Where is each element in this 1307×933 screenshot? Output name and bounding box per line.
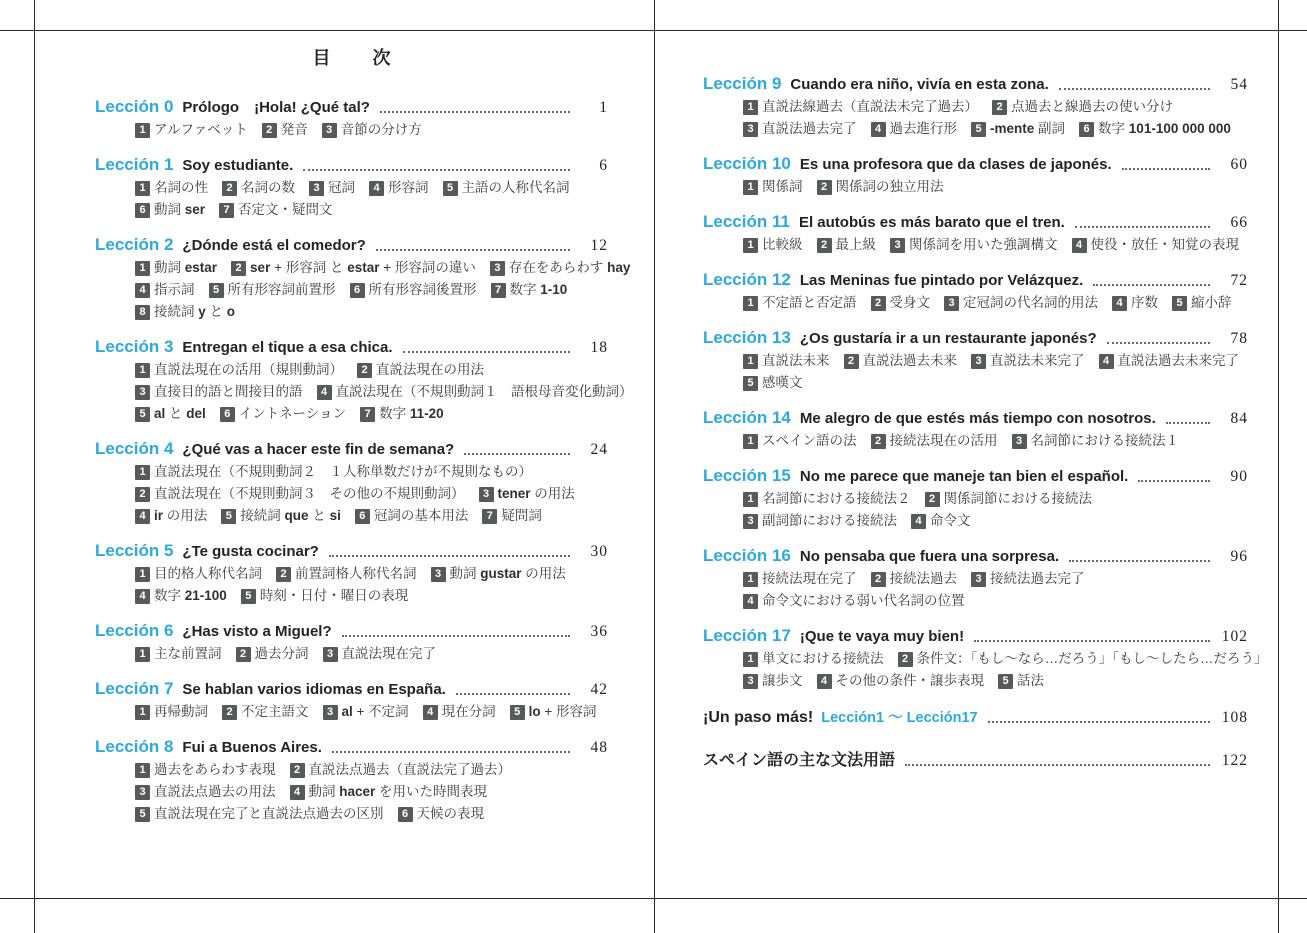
item-number-badge: 1 xyxy=(135,123,150,138)
dotted-leader xyxy=(303,169,570,171)
grammar-item-label: 関係詞 xyxy=(762,179,803,194)
grammar-item-line: 2直説法現在（不規則動詞３ その他の不規則動詞）3tener の用法 xyxy=(95,485,608,503)
grammar-item-label: 譲歩文 xyxy=(762,673,803,688)
item-number-badge: 4 xyxy=(317,385,332,400)
grammar-item-label: 直説法過去未来完了 xyxy=(1118,353,1240,368)
grammar-item-line: 1単文における接続法2条件文：「もし〜なら…だろう」「もし〜したら…だろう」 xyxy=(703,650,1248,668)
grammar-item-line: 1直説法線過去（直説法未完了過去）2点過去と線過去の使い分け xyxy=(703,98,1248,116)
page-number: 42 xyxy=(578,681,608,699)
item-number-badge: 1 xyxy=(743,354,758,369)
item-number-badge: 4 xyxy=(135,589,150,604)
grammar-item: 3直接目的語と間接目的語 xyxy=(135,384,303,399)
toc-entry: Lección 17¡Que te vaya muy bien!1021単文にお… xyxy=(703,626,1248,690)
grammar-item-label: 不定語と否定語 xyxy=(762,295,857,310)
item-number-badge: 5 xyxy=(1172,296,1187,311)
grammar-item: 5接続詞 que と si xyxy=(221,508,341,523)
toc-entry-heading: Lección 13¿Os gustaría ir a un restauran… xyxy=(703,328,1248,348)
grammar-item-label: 天候の表現 xyxy=(417,806,485,821)
grammar-item: 1直説法現在の活用（規則動詞） xyxy=(135,362,343,377)
page-number: 72 xyxy=(1218,272,1248,290)
grammar-item: 5主語の人称代名詞 xyxy=(443,180,570,195)
spine-fold-line xyxy=(654,0,655,933)
left-page: 目 次 Lección 0Prólogo ¡Hola! ¿Qué tal?11ア… xyxy=(95,40,608,839)
grammar-item: 4その他の条件・譲歩表現 xyxy=(817,673,985,688)
item-number-badge: 1 xyxy=(743,180,758,195)
grammar-item-line: 1動詞 estar2ser + 形容詞 と estar + 形容詞の違い3存在を… xyxy=(95,259,608,277)
grammar-item: 6所有形容詞後置形 xyxy=(350,282,477,297)
lesson-label: Lección 15 xyxy=(703,466,791,486)
grammar-item-label: 名詞節における接続法１ xyxy=(1031,433,1180,448)
lesson-label: Lección 7 xyxy=(95,679,173,699)
grammar-item: 2直説法点過去（直説法完了過去） xyxy=(290,762,512,777)
grammar-item-label: 接続法現在完了 xyxy=(762,571,857,586)
grammar-item-label: 直説法点過去（直説法完了過去） xyxy=(309,762,512,777)
grammar-item-label: 話法 xyxy=(1017,673,1044,688)
grammar-item-label: 最上級 xyxy=(836,237,877,252)
item-number-badge: 1 xyxy=(743,492,758,507)
grammar-item-line: 1目的格人称代名詞2前置詞格人称代名詞3動詞 gustar の用法 xyxy=(95,565,608,583)
grammar-item-label: 過去分詞 xyxy=(255,646,309,661)
grammar-item-label: 関係詞の独立用法 xyxy=(836,179,944,194)
toc-entry-heading: Lección 6¿Has visto a Miguel?36 xyxy=(95,621,608,641)
page-number: 108 xyxy=(1218,709,1248,727)
grammar-item-label: tener の用法 xyxy=(498,486,575,501)
toc-entry: Lección 15No me parece que maneje tan bi… xyxy=(703,466,1248,530)
grammar-item: 3tener の用法 xyxy=(479,486,575,501)
item-number-badge: 6 xyxy=(135,203,150,218)
lesson-label: Lección 14 xyxy=(703,408,791,428)
lesson-title: ¿Os gustaría ir a un restaurante japonés… xyxy=(800,330,1097,347)
grammar-item-line: 1関係詞2関係詞の独立用法 xyxy=(703,178,1248,196)
grammar-item: 5al と del xyxy=(135,406,206,421)
lesson-title: Las Meninas fue pintado por Velázquez. xyxy=(800,272,1083,289)
grammar-item-label: 冠詞 xyxy=(328,180,355,195)
item-number-badge: 1 xyxy=(135,465,150,480)
grammar-item: 8接続詞 y と o xyxy=(135,304,235,319)
grammar-item: 3名詞節における接続法１ xyxy=(1012,433,1180,448)
toc-entry: Lección 14Me alegro de que estés más tie… xyxy=(703,408,1248,450)
grammar-item-label: 縮小辞 xyxy=(1191,295,1232,310)
grammar-item: 1名詞節における接続法２ xyxy=(743,491,911,506)
grammar-item-label: 接続詞 y と o xyxy=(154,304,235,319)
page-number: 18 xyxy=(578,339,608,357)
grammar-item-label: 名詞節における接続法２ xyxy=(762,491,911,506)
grammar-item: 1再帰動詞 xyxy=(135,704,208,719)
toc-entry-heading: Lección 17¡Que te vaya muy bien!102 xyxy=(703,626,1248,646)
grammar-item-label: 指示詞 xyxy=(154,282,195,297)
grammar-item-label: 単文における接続法 xyxy=(762,651,884,666)
grammar-item-label: 使役・放任・知覚の表現 xyxy=(1091,237,1240,252)
toc-entry: Lección 6¿Has visto a Miguel?361主な前置詞2過去… xyxy=(95,621,608,663)
grammar-item: 2直説法過去未来 xyxy=(844,353,958,368)
page-number: 24 xyxy=(578,441,608,459)
page-number: 12 xyxy=(578,237,608,255)
toc-entry: Lección 3Entregan el tique a esa chica.1… xyxy=(95,337,608,423)
grammar-item: 5lo + 形容詞 xyxy=(510,704,597,719)
grammar-item-label: 発音 xyxy=(281,122,308,137)
toc-entry: Lección 5¿Te gusta cocinar?301目的格人称代名詞2前… xyxy=(95,541,608,605)
page-number: 1 xyxy=(578,99,608,117)
lesson-title: Es una profesora que da clases de japoné… xyxy=(800,156,1112,173)
item-number-badge: 2 xyxy=(925,492,940,507)
grammar-item: 3接続法過去完了 xyxy=(971,571,1085,586)
dotted-leader xyxy=(1122,168,1210,170)
grammar-item-label: 直説法現在（不規則動詞２ １人称単数だけが不規則なもの） xyxy=(154,464,532,479)
grammar-item-label: 副詞節における接続法 xyxy=(762,513,897,528)
dotted-leader xyxy=(342,635,570,637)
grammar-item-label: 直説法点過去の用法 xyxy=(154,784,276,799)
grammar-item-line: 3直説法過去完了4過去進行形5-mente 副詞6数字 101-100 000 … xyxy=(703,120,1248,138)
lesson-title: Fui a Buenos Aires. xyxy=(182,739,321,756)
grammar-item-label: 直説法現在（不規則動詞１ 語根母音変化動詞） xyxy=(336,384,633,399)
grammar-item-label: 動詞 hacer を用いた時間表現 xyxy=(309,784,488,799)
item-number-badge: 5 xyxy=(241,589,256,604)
grammar-item: 5感嘆文 xyxy=(743,375,803,390)
grammar-item-line: 1接続法現在完了2接続法過去3接続法過去完了 xyxy=(703,570,1248,588)
item-number-badge: 7 xyxy=(219,203,234,218)
grammar-item: 4過去進行形 xyxy=(871,121,958,136)
item-number-badge: 5 xyxy=(209,283,224,298)
dotted-leader xyxy=(988,721,1210,723)
grammar-item-label: 動詞 ser xyxy=(154,202,205,217)
grammar-item-label: 数字 11-20 xyxy=(379,406,444,421)
lesson-label: Lección 12 xyxy=(703,270,791,290)
grammar-item-label: ser + 形容詞 と estar + 形容詞の違い xyxy=(250,260,476,275)
grammar-item-label: 定冠詞の代名詞的用法 xyxy=(963,295,1098,310)
grammar-item-label: 冠詞の基本用法 xyxy=(374,508,469,523)
item-number-badge: 2 xyxy=(817,238,832,253)
item-number-badge: 4 xyxy=(743,594,758,609)
item-number-badge: 1 xyxy=(135,763,150,778)
grammar-item-line: 6動詞 ser7否定文・疑問文 xyxy=(95,201,608,219)
toc-entry: Lección 16No pensaba que fuera una sorpr… xyxy=(703,546,1248,610)
grammar-item-label: al + 不定詞 xyxy=(342,704,409,719)
lesson-title: ¿Dónde está el comedor? xyxy=(182,237,365,254)
grammar-item-label: 直説法過去未来 xyxy=(863,353,958,368)
grammar-item-line: 1主な前置詞2過去分詞3直説法現在完了 xyxy=(95,645,608,663)
grammar-item-line: 1名詞の性2名詞の数3冠詞4形容詞5主語の人称代名詞 xyxy=(95,179,608,197)
grammar-item: 1直説法線過去（直説法未完了過去） xyxy=(743,99,978,114)
grammar-item-label: 形容詞 xyxy=(388,180,429,195)
grammar-item-label: 直接目的語と間接目的語 xyxy=(154,384,303,399)
extra-entries: ¡Un paso más!Lección1 〜 Lección17108スペイン… xyxy=(703,706,1248,770)
item-number-badge: 1 xyxy=(743,434,758,449)
item-number-badge: 7 xyxy=(491,283,506,298)
item-number-badge: 4 xyxy=(423,705,438,720)
toc-entry-heading: スペイン語の主な文法用語122 xyxy=(703,747,1248,770)
toc-entry-heading: Lección 10Es una profesora que da clases… xyxy=(703,154,1248,174)
grammar-item-label: 接続詞 que と si xyxy=(240,508,341,523)
grammar-item-label: 直説法現在の活用（規則動詞） xyxy=(154,362,343,377)
lesson-label: Lección 11 xyxy=(703,212,790,232)
grammar-item-label: イントネーション xyxy=(239,406,346,421)
grammar-item-label: 直説法現在完了と直説法点過去の区別 xyxy=(154,806,384,821)
grammar-item-line: 5al と del6イントネーション7数字 11-20 xyxy=(95,405,608,423)
grammar-item: 2最上級 xyxy=(817,237,877,252)
item-number-badge: 3 xyxy=(309,181,324,196)
lesson-label: Lección 6 xyxy=(95,621,173,641)
grammar-item: 3存在をあらわす hay xyxy=(490,260,631,275)
item-number-badge: 3 xyxy=(890,238,905,253)
item-number-badge: 2 xyxy=(231,261,246,276)
grammar-item-label: スペイン語の法 xyxy=(762,433,857,448)
grammar-item: 3関係詞を用いた強調構文 xyxy=(890,237,1058,252)
grammar-item: 1単文における接続法 xyxy=(743,651,884,666)
dotted-leader xyxy=(1138,480,1210,482)
grammar-item-label: 不定主語文 xyxy=(241,704,309,719)
lesson-title: Soy estudiante. xyxy=(182,157,293,174)
page-number: 48 xyxy=(578,739,608,757)
grammar-item: 4現在分詞 xyxy=(423,704,496,719)
item-number-badge: 3 xyxy=(490,261,505,276)
toc-entry-heading: Lección 14Me alegro de que estés más tie… xyxy=(703,408,1248,428)
grammar-item: 7数字 1-10 xyxy=(491,282,568,297)
toc-entry-heading: Lección 11El autobús es más barato que e… xyxy=(703,212,1248,232)
grammar-item-line: 4数字 21-1005時刻・日付・曜日の表現 xyxy=(95,587,608,605)
lesson-title: ¡Que te vaya muy bien! xyxy=(800,628,964,645)
item-number-badge: 6 xyxy=(398,807,413,822)
grammar-item: 1直説法未来 xyxy=(743,353,830,368)
dotted-leader xyxy=(376,249,570,251)
grammar-item: 1接続法現在完了 xyxy=(743,571,857,586)
item-number-badge: 4 xyxy=(871,122,886,137)
dotted-leader xyxy=(332,751,570,753)
grammar-item: 4指示詞 xyxy=(135,282,195,297)
grammar-item-label: 直説法現在の用法 xyxy=(376,362,484,377)
grammar-item-line: 1直説法現在（不規則動詞２ １人称単数だけが不規則なもの） xyxy=(95,463,608,481)
dotted-leader xyxy=(1107,342,1210,344)
grammar-item-label: -mente 副詞 xyxy=(990,121,1065,136)
item-number-badge: 3 xyxy=(322,123,337,138)
grammar-item-label: 点過去と線過去の使い分け xyxy=(1011,99,1173,114)
grammar-item-line: 5感嘆文 xyxy=(703,374,1248,392)
grammar-item: 2点過去と線過去の使い分け xyxy=(992,99,1173,114)
grammar-item-label: 再帰動詞 xyxy=(154,704,208,719)
grammar-item-label: 疑問詞 xyxy=(501,508,542,523)
grammar-item-label: 直説法過去完了 xyxy=(762,121,857,136)
grammar-item: 3直説法点過去の用法 xyxy=(135,784,276,799)
toc-entry-heading: Lección 0Prólogo ¡Hola! ¿Qué tal?1 xyxy=(95,96,608,117)
grammar-item: 2ser + 形容詞 と estar + 形容詞の違い xyxy=(231,260,476,275)
item-number-badge: 1 xyxy=(135,261,150,276)
item-number-badge: 3 xyxy=(431,567,446,582)
lesson-label: Lección 17 xyxy=(703,626,791,646)
grammar-item: 1直説法現在（不規則動詞２ １人称単数だけが不規則なもの） xyxy=(135,464,532,479)
grammar-item-label: 過去進行形 xyxy=(890,121,958,136)
grammar-item-label: 数字 21-100 xyxy=(154,588,227,603)
lesson-title: El autobús es más barato que el tren. xyxy=(799,214,1065,231)
grammar-item-label: 直説法線過去（直説法未完了過去） xyxy=(762,99,978,114)
grammar-item: 4動詞 hacer を用いた時間表現 xyxy=(290,784,488,799)
item-number-badge: 7 xyxy=(360,407,375,422)
grammar-item-line: 3副詞節における接続法4命令文 xyxy=(703,512,1248,530)
grammar-item-label: 動詞 estar xyxy=(154,260,217,275)
grammar-item: 2直説法現在の用法 xyxy=(357,362,484,377)
grammar-item-line: 1再帰動詞2不定主語文3al + 不定詞4現在分詞5lo + 形容詞 xyxy=(95,703,608,721)
right-trim-line xyxy=(1278,0,1279,933)
grammar-item-label: 関係詞節における接続法 xyxy=(944,491,1093,506)
grammar-item: 3直説法過去完了 xyxy=(743,121,857,136)
grammar-item-line: 8接続詞 y と o xyxy=(95,303,608,321)
grammar-item-line: 3直接目的語と間接目的語4直説法現在（不規則動詞１ 語根母音変化動詞） xyxy=(95,383,608,401)
grammar-item-label: 直説法未来 xyxy=(762,353,830,368)
grammar-item: 7数字 11-20 xyxy=(360,406,444,421)
grammar-item-label: 前置詞格人称代名詞 xyxy=(295,566,417,581)
grammar-item: 6冠詞の基本用法 xyxy=(355,508,469,523)
grammar-item: 4ir の用法 xyxy=(135,508,207,523)
grammar-item: 4命令文 xyxy=(911,513,971,528)
grammar-item: 2関係詞の独立用法 xyxy=(817,179,944,194)
item-number-badge: 6 xyxy=(1079,122,1094,137)
grammar-item-line: 1直説法未来2直説法過去未来3直説法未来完了4直説法過去未来完了 xyxy=(703,352,1248,370)
grammar-item-label: 感嘆文 xyxy=(762,375,803,390)
grammar-item-label: 名詞の性 xyxy=(154,180,208,195)
lesson-label: Lección 0 xyxy=(95,97,173,117)
grammar-item: 2直説法現在（不規則動詞３ その他の不規則動詞） xyxy=(135,486,465,501)
item-number-badge: 6 xyxy=(350,283,365,298)
item-number-badge: 5 xyxy=(443,181,458,196)
toc-entry-heading: Lección 2¿Dónde está el comedor?12 xyxy=(95,235,608,255)
lesson-title: ¿Qué vas a hacer este fin de semana? xyxy=(182,441,454,458)
grammar-item-label: 目的格人称代名詞 xyxy=(154,566,262,581)
item-number-badge: 2 xyxy=(222,705,237,720)
book-spread: 目 次 Lección 0Prólogo ¡Hola! ¿Qué tal?11ア… xyxy=(0,0,1307,933)
grammar-item: 3音節の分け方 xyxy=(322,122,422,137)
toc-entry: Lección 2¿Dónde está el comedor?121動詞 es… xyxy=(95,235,608,321)
item-number-badge: 7 xyxy=(482,509,497,524)
grammar-item-label: 命令文における弱い代名詞の位置 xyxy=(762,593,965,608)
dotted-leader xyxy=(380,111,570,113)
grammar-item: 2過去分詞 xyxy=(236,646,309,661)
grammar-item-label: 接続法現在の活用 xyxy=(890,433,998,448)
grammar-item-label: al と del xyxy=(154,406,206,421)
grammar-item: 1スペイン語の法 xyxy=(743,433,857,448)
item-number-badge: 3 xyxy=(479,487,494,502)
grammar-item-label: 時刻・日付・曜日の表現 xyxy=(260,588,409,603)
grammar-item-label: 序数 xyxy=(1131,295,1158,310)
item-number-badge: 2 xyxy=(135,487,150,502)
lesson-title: No me parece que maneje tan bien el espa… xyxy=(800,468,1128,485)
dotted-leader xyxy=(1075,226,1210,228)
item-number-badge: 4 xyxy=(1099,354,1114,369)
lesson-label: Lección 4 xyxy=(95,439,173,459)
lesson-title: Entregan el tique a esa chica. xyxy=(182,339,392,356)
item-number-badge: 2 xyxy=(276,567,291,582)
grammar-item: 1目的格人称代名詞 xyxy=(135,566,262,581)
grammar-item: 5話法 xyxy=(998,673,1044,688)
grammar-item-label: ir の用法 xyxy=(154,508,207,523)
dotted-leader xyxy=(905,764,1210,766)
grammar-item-label: 数字 1-10 xyxy=(510,282,568,297)
grammar-item: 6天候の表現 xyxy=(398,806,485,821)
item-number-badge: 3 xyxy=(323,647,338,662)
grammar-item-line: 1名詞節における接続法２2関係詞節における接続法 xyxy=(703,490,1248,508)
grammar-item: 1名詞の性 xyxy=(135,180,208,195)
dotted-leader xyxy=(456,693,570,695)
item-number-badge: 3 xyxy=(971,354,986,369)
toc-entry-heading: Lección 3Entregan el tique a esa chica.1… xyxy=(95,337,608,357)
toc-extra-entry: ¡Un paso más!Lección1 〜 Lección17108 xyxy=(703,706,1248,727)
item-number-badge: 3 xyxy=(1012,434,1027,449)
left-lessons: Lección 0Prólogo ¡Hola! ¿Qué tal?11アルファベ… xyxy=(95,96,608,823)
grammar-item: 5所有形容詞前置形 xyxy=(209,282,336,297)
grammar-item-label: 直説法現在完了 xyxy=(342,646,437,661)
lesson-label: ¡Un paso más! xyxy=(703,709,813,727)
dotted-leader xyxy=(1059,88,1210,90)
grammar-item: 6数字 101-100 000 000 xyxy=(1079,121,1231,136)
grammar-item-line: 1直説法現在の活用（規則動詞）2直説法現在の用法 xyxy=(95,361,608,379)
item-number-badge: 1 xyxy=(135,705,150,720)
grammar-item-line: 4ir の用法5接続詞 que と si6冠詞の基本用法7疑問詞 xyxy=(95,507,608,525)
toc-entry: Lección 9Cuando era niño, vivía en esta … xyxy=(703,74,1248,138)
grammar-item: 1関係詞 xyxy=(743,179,803,194)
grammar-item-label: 現在分詞 xyxy=(442,704,496,719)
lesson-label: Lección 13 xyxy=(703,328,791,348)
grammar-item: 6動詞 ser xyxy=(135,202,205,217)
grammar-item: 5時刻・日付・曜日の表現 xyxy=(241,588,409,603)
lesson-label: Lección 9 xyxy=(703,74,781,94)
item-number-badge: 5 xyxy=(135,407,150,422)
right-page: Lección 9Cuando era niño, vivía en esta … xyxy=(703,40,1248,790)
grammar-item: 4直説法現在（不規則動詞１ 語根母音変化動詞） xyxy=(317,384,633,399)
grammar-item-label: 音節の分け方 xyxy=(341,122,422,137)
grammar-item: 3副詞節における接続法 xyxy=(743,513,897,528)
lesson-range-label: Lección1 〜 Lección17 xyxy=(821,706,977,727)
right-lessons: Lección 9Cuando era niño, vivía en esta … xyxy=(703,74,1248,690)
grammar-item: 1過去をあらわす表現 xyxy=(135,762,276,777)
toc-entry: Lección 4¿Qué vas a hacer este fin de se… xyxy=(95,439,608,525)
item-number-badge: 2 xyxy=(871,572,886,587)
lesson-label: Lección 5 xyxy=(95,541,173,561)
item-number-badge: 2 xyxy=(357,363,372,378)
dotted-leader xyxy=(403,351,570,353)
item-number-badge: 6 xyxy=(355,509,370,524)
grammar-item-label: 関係詞を用いた強調構文 xyxy=(909,237,1058,252)
item-number-badge: 3 xyxy=(743,514,758,529)
grammar-item-label: 条件文：「もし〜なら…だろう」「もし〜したら…だろう」 xyxy=(917,651,1268,666)
page-number: 78 xyxy=(1218,330,1248,348)
toc-entry-heading: Lección 9Cuando era niño, vivía en esta … xyxy=(703,74,1248,94)
grammar-item: 2不定主語文 xyxy=(222,704,309,719)
left-trim-line xyxy=(34,0,35,933)
grammar-item: 3直説法未来完了 xyxy=(971,353,1085,368)
grammar-item-label: 主語の人称代名詞 xyxy=(462,180,570,195)
grammar-item: 1動詞 estar xyxy=(135,260,217,275)
item-number-badge: 2 xyxy=(992,100,1007,115)
item-number-badge: 4 xyxy=(135,509,150,524)
item-number-badge: 2 xyxy=(844,354,859,369)
grammar-item: 3譲歩文 xyxy=(743,673,803,688)
lesson-title: Prólogo ¡Hola! ¿Qué tal? xyxy=(182,96,370,117)
grammar-item-line: 5直説法現在完了と直説法点過去の区別6天候の表現 xyxy=(95,805,608,823)
dotted-leader xyxy=(1069,560,1210,562)
toc-entry-heading: Lección 16No pensaba que fuera una sorpr… xyxy=(703,546,1248,566)
toc-entry: Lección 13¿Os gustaría ir a un restauran… xyxy=(703,328,1248,392)
item-number-badge: 1 xyxy=(743,296,758,311)
grammar-item: 2発音 xyxy=(262,122,308,137)
dotted-leader xyxy=(974,640,1210,642)
grammar-item-label: 命令文 xyxy=(930,513,971,528)
page-number: 90 xyxy=(1218,468,1248,486)
grammar-item: 6イントネーション xyxy=(220,406,346,421)
item-number-badge: 1 xyxy=(743,238,758,253)
item-number-badge: 1 xyxy=(743,100,758,115)
toc-entry-heading: Lección 8Fui a Buenos Aires.48 xyxy=(95,737,608,757)
grammar-item-line: 1不定語と否定語2受身文3定冠詞の代名詞的用法4序数5縮小辞 xyxy=(703,294,1248,312)
item-number-badge: 4 xyxy=(1072,238,1087,253)
grammar-item-label: 比較級 xyxy=(762,237,803,252)
dotted-leader xyxy=(464,453,570,455)
